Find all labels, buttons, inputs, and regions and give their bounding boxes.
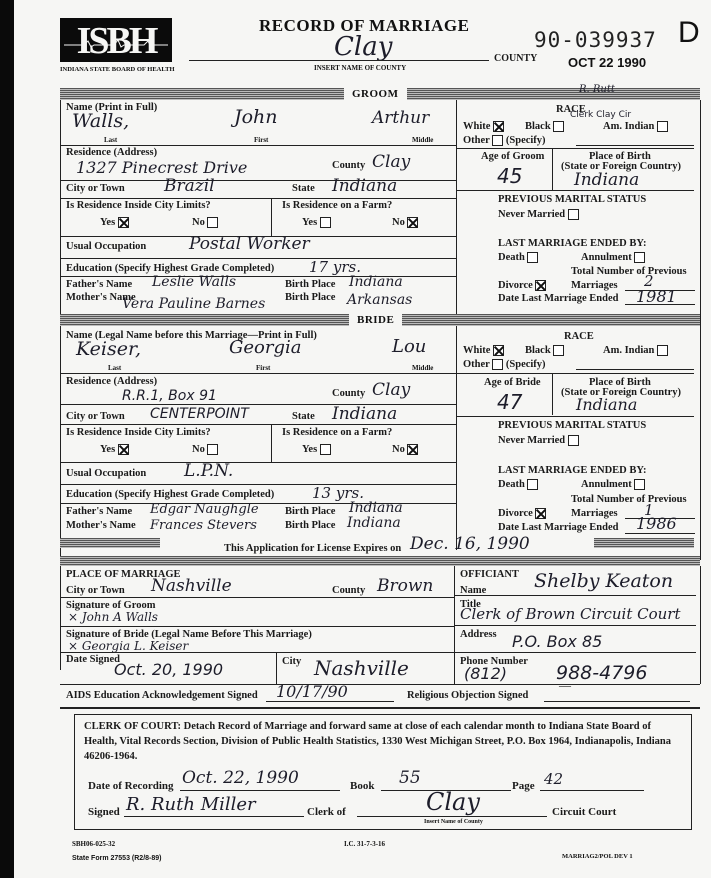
checkbox[interactable] xyxy=(568,209,579,220)
bride-county[interactable]: Clay xyxy=(372,380,410,400)
bride-state[interactable]: Indiana xyxy=(332,404,397,424)
groom-race-black[interactable]: Black xyxy=(525,121,564,132)
record-number: 90-039937 xyxy=(534,28,657,52)
bride-never-married[interactable]: Never Married xyxy=(498,435,579,446)
checkbox[interactable] xyxy=(492,135,503,146)
bride-state-label: State xyxy=(292,411,315,422)
checkbox[interactable] xyxy=(568,435,579,446)
checkbox[interactable] xyxy=(207,444,218,455)
bride-age[interactable]: 47 xyxy=(497,390,522,414)
checkbox-checked[interactable] xyxy=(493,121,504,132)
groom-city-limits-yes[interactable]: Yes xyxy=(100,217,129,228)
officiant-address[interactable]: P.O. Box 85 xyxy=(512,632,602,651)
groom-section-label: GROOM xyxy=(344,88,407,100)
bride-city[interactable]: CENTERPOINT xyxy=(150,406,249,422)
bride-ended-divorce[interactable]: Divorce xyxy=(498,508,546,519)
bride-marriages-label: Marriages xyxy=(571,508,618,519)
officiant-address-label: Address xyxy=(460,629,497,640)
first-caption: First xyxy=(254,136,268,144)
groom-state-label: State xyxy=(292,183,315,194)
bride-age-label: Age of Bride xyxy=(484,377,541,388)
religious-objection-label: Religious Objection Signed xyxy=(407,690,528,701)
groom-mother-birthplace[interactable]: Arkansas xyxy=(347,292,412,308)
bride-residence[interactable]: R.R.1, Box 91 xyxy=(122,388,217,404)
groom-age-label: Age of Groom xyxy=(481,151,544,162)
marriage-city-label: City or Town xyxy=(66,585,125,596)
bride-father-birthplace[interactable]: Indiana xyxy=(349,500,403,516)
bride-middle-name[interactable]: Lou xyxy=(392,336,426,357)
religious-objection[interactable]: — xyxy=(559,678,571,693)
groom-city-limits-no[interactable]: No xyxy=(192,217,218,228)
license-expires-label: This Application for License Expires on xyxy=(224,543,401,554)
isbh-logo: ISBH xyxy=(60,18,172,62)
aids-ack-label: AIDS Education Acknowledgement Signed xyxy=(66,690,258,701)
bride-mother-birthplace[interactable]: Indiana xyxy=(347,515,401,531)
signed-label: Signed xyxy=(88,806,120,818)
county-caption: INSERT NAME OF COUNTY xyxy=(314,64,406,72)
clerk-of-county[interactable]: Clay xyxy=(426,788,480,816)
circuit-court-label: Circuit Court xyxy=(552,806,616,818)
clerk-signature[interactable]: R. Ruth Miller xyxy=(126,794,256,815)
bride-father[interactable]: Edgar Naughgle xyxy=(150,502,259,517)
officiant-title[interactable]: Clerk of Brown Circuit Court xyxy=(460,605,681,623)
groom-last-name[interactable]: Walls, xyxy=(72,110,129,132)
groom-ended-death[interactable]: Death xyxy=(498,252,538,263)
groom-never-married[interactable]: Never Married xyxy=(498,209,579,220)
groom-farm-yes[interactable]: Yes xyxy=(302,217,331,228)
bride-county-label: County xyxy=(332,388,365,399)
agency-name: INDIANA STATE BOARD OF HEALTH xyxy=(60,66,175,73)
bride-prev-status-label: PREVIOUS MARITAL STATUS xyxy=(498,420,646,431)
groom-father-label: Father's Name xyxy=(66,279,132,290)
middle-caption: Middle xyxy=(412,364,433,372)
groom-father-birthplace[interactable]: Indiana xyxy=(349,274,403,290)
checkbox-checked[interactable] xyxy=(118,444,129,455)
bride-race-black[interactable]: Black xyxy=(525,345,564,356)
bride-mother[interactable]: Frances Stevers xyxy=(150,518,257,533)
groom-ended-annulment[interactable]: Annulment xyxy=(581,252,645,263)
middle-caption: Middle xyxy=(412,136,433,144)
checkbox[interactable] xyxy=(657,121,668,132)
bride-residence-label: Residence (Address) xyxy=(66,376,157,387)
groom-total-prev-label: Total Number of Previous xyxy=(571,266,687,277)
checkbox[interactable] xyxy=(553,121,564,132)
bride-last-ended-label: LAST MARRIAGE ENDED BY: xyxy=(498,465,647,476)
checkbox-checked[interactable] xyxy=(535,508,546,519)
groom-occupation[interactable]: Postal Worker xyxy=(189,234,310,254)
checkbox[interactable] xyxy=(657,345,668,356)
bride-father-bp-label: Birth Place xyxy=(285,506,335,517)
form-code: SBH06-025-32 xyxy=(72,840,115,848)
bride-city-limits-label: Is Residence Inside City Limits? xyxy=(66,427,211,438)
corner-mark: D xyxy=(678,16,700,50)
state-form-number: State Form 27553 (R2/8-89) xyxy=(72,855,161,862)
signed-city[interactable]: Nashville xyxy=(314,656,409,680)
checkbox-checked[interactable] xyxy=(493,345,504,356)
bride-farm-no[interactable]: No xyxy=(392,444,418,455)
bride-city-limits-yes[interactable]: Yes xyxy=(100,444,129,455)
bride-ended-death[interactable]: Death xyxy=(498,479,538,490)
marriage-county[interactable]: Brown xyxy=(377,576,433,596)
bride-occupation-label: Usual Occupation xyxy=(66,468,146,479)
clerk-of-caption: Insert Name of County xyxy=(424,819,483,825)
bride-birthplace[interactable]: Indiana xyxy=(576,395,637,414)
checkbox[interactable] xyxy=(207,217,218,228)
marriage-record-form: ISBH INDIANA STATE BOARD OF HEALTH RECOR… xyxy=(14,0,711,878)
groom-father-bp-label: Birth Place xyxy=(285,279,335,290)
county-label: COUNTY xyxy=(494,53,537,64)
groom-race-am-indian[interactable]: Am. Indian xyxy=(603,121,668,132)
received-date-stamp: OCT 22 1990 xyxy=(568,55,646,70)
bride-ended-annulment[interactable]: Annulment xyxy=(581,479,645,490)
bride-last-name[interactable]: Keiser, xyxy=(76,338,141,360)
checkbox-checked[interactable] xyxy=(407,444,418,455)
bride-date-ended-label: Date Last Marriage Ended xyxy=(498,522,618,533)
marriage-city[interactable]: Nashville xyxy=(151,576,232,596)
groom-education-label: Education (Specify Highest Grade Complet… xyxy=(66,263,274,274)
signed-city-label: City xyxy=(282,656,301,667)
bride-farm-yes[interactable]: Yes xyxy=(302,444,331,455)
bride-first-name[interactable]: Georgia xyxy=(229,337,301,358)
bride-occupation[interactable]: L.P.N. xyxy=(184,461,233,481)
marriage-band xyxy=(60,556,700,566)
checkbox[interactable] xyxy=(634,252,645,263)
checkbox-checked[interactable] xyxy=(118,217,129,228)
bride-city-limits-no[interactable]: No xyxy=(192,444,218,455)
groom-prev-status-label: PREVIOUS MARITAL STATUS xyxy=(498,194,646,205)
checkbox[interactable] xyxy=(527,252,538,263)
book-number[interactable]: 55 xyxy=(399,768,421,788)
groom-signature[interactable]: × John A Walls xyxy=(68,610,158,624)
checkbox[interactable] xyxy=(492,359,503,370)
groom-father[interactable]: Leslie Walls xyxy=(152,274,236,290)
groom-marriages-label: Marriages xyxy=(571,280,618,291)
groom-mother-bp-label: Birth Place xyxy=(285,292,335,303)
groom-county[interactable]: Clay xyxy=(372,152,410,172)
groom-date-ended-label: Date Last Marriage Ended xyxy=(498,293,618,304)
groom-farm-no[interactable]: No xyxy=(392,217,418,228)
groom-last-ended-label: LAST MARRIAGE ENDED BY: xyxy=(498,238,647,249)
license-expires[interactable]: Dec. 16, 1990 xyxy=(410,534,530,554)
date-recording[interactable]: Oct. 22, 1990 xyxy=(182,768,299,788)
clerk-instructions: CLERK OF COURT: Detach Record of Marriag… xyxy=(84,719,684,764)
groom-occupation-label: Usual Occupation xyxy=(66,241,146,252)
last-caption: Last xyxy=(104,136,117,144)
groom-mother[interactable]: Vera Pauline Barnes xyxy=(122,296,265,312)
officiant-phone-area[interactable]: (812) xyxy=(464,664,507,683)
scan-edge xyxy=(0,0,14,878)
groom-city-label: City or Town xyxy=(66,183,125,194)
bride-signature[interactable]: × Georgia L. Keiser xyxy=(68,639,188,653)
bride-farm-label: Is Residence on a Farm? xyxy=(282,427,392,438)
groom-city[interactable]: Brazil xyxy=(164,176,215,196)
checkbox[interactable] xyxy=(320,444,331,455)
bride-race-white[interactable]: White xyxy=(463,345,504,356)
groom-race-other[interactable]: Other (Specify) xyxy=(463,135,546,146)
ic-code: I.C. 31-7-3-16 xyxy=(344,840,385,848)
page-number[interactable]: 42 xyxy=(544,770,563,788)
bride-father-label: Father's Name xyxy=(66,506,132,517)
race-note: Clerk Clay Cir xyxy=(570,110,631,120)
date-signed-label: Date Signed xyxy=(66,654,120,665)
date-recording-label: Date of Recording xyxy=(88,780,174,792)
clerk-of-label: Clerk of xyxy=(307,806,346,818)
bride-total-prev-label: Total Number of Previous xyxy=(571,494,687,505)
bride-mother-bp-label: Birth Place xyxy=(285,520,335,531)
header-county-value: Clay xyxy=(334,32,392,62)
bride-race-label: RACE xyxy=(564,331,594,342)
checkbox[interactable] xyxy=(553,345,564,356)
last-caption: Last xyxy=(108,364,121,372)
officiant-label: OFFICIANT xyxy=(460,569,519,580)
bride-race-other[interactable]: Other (Specify) xyxy=(463,359,546,370)
officiant-name[interactable]: Shelby Keaton xyxy=(534,570,673,592)
groom-farm-label: Is Residence on a Farm? xyxy=(282,200,392,211)
groom-residence-label: Residence (Address) xyxy=(66,147,157,158)
checkbox[interactable] xyxy=(634,479,645,490)
groom-ended-divorce[interactable]: Divorce xyxy=(498,280,546,291)
bride-city-label: City or Town xyxy=(66,411,125,422)
groom-age[interactable]: 45 xyxy=(497,164,522,188)
groom-birthplace[interactable]: Indiana xyxy=(574,170,639,190)
groom-state[interactable]: Indiana xyxy=(332,176,397,196)
groom-first-name[interactable]: John xyxy=(234,106,278,128)
bride-section-label: BRIDE xyxy=(349,314,402,326)
heartbeat-icon xyxy=(64,40,168,48)
checkbox[interactable] xyxy=(320,217,331,228)
checkbox-checked[interactable] xyxy=(535,280,546,291)
page-label: Page xyxy=(512,780,535,792)
groom-race-white[interactable]: White xyxy=(463,121,504,132)
groom-residence[interactable]: 1327 Pinecrest Drive xyxy=(76,158,247,177)
aids-ack-date[interactable]: 10/17/90 xyxy=(276,682,348,701)
doc-code: MARRIAG2/POL DEV 1 xyxy=(562,853,633,860)
date-signed[interactable]: Oct. 20, 1990 xyxy=(114,660,223,679)
first-caption: First xyxy=(256,364,270,372)
groom-middle-name[interactable]: Arthur xyxy=(372,108,429,128)
bride-education-label: Education (Specify Highest Grade Complet… xyxy=(66,489,274,500)
marriage-county-label: County xyxy=(332,585,365,596)
groom-city-limits-label: Is Residence Inside City Limits? xyxy=(66,200,211,211)
checkbox-checked[interactable] xyxy=(407,217,418,228)
bride-date-ended[interactable]: 1986 xyxy=(636,514,677,533)
book-label: Book xyxy=(350,780,374,792)
bride-mother-label: Mother's Name xyxy=(66,520,136,531)
bride-race-am-indian[interactable]: Am. Indian xyxy=(603,345,668,356)
checkbox[interactable] xyxy=(527,479,538,490)
groom-county-label: County xyxy=(332,160,365,171)
band-scrawl: R. Rutt xyxy=(579,84,615,95)
